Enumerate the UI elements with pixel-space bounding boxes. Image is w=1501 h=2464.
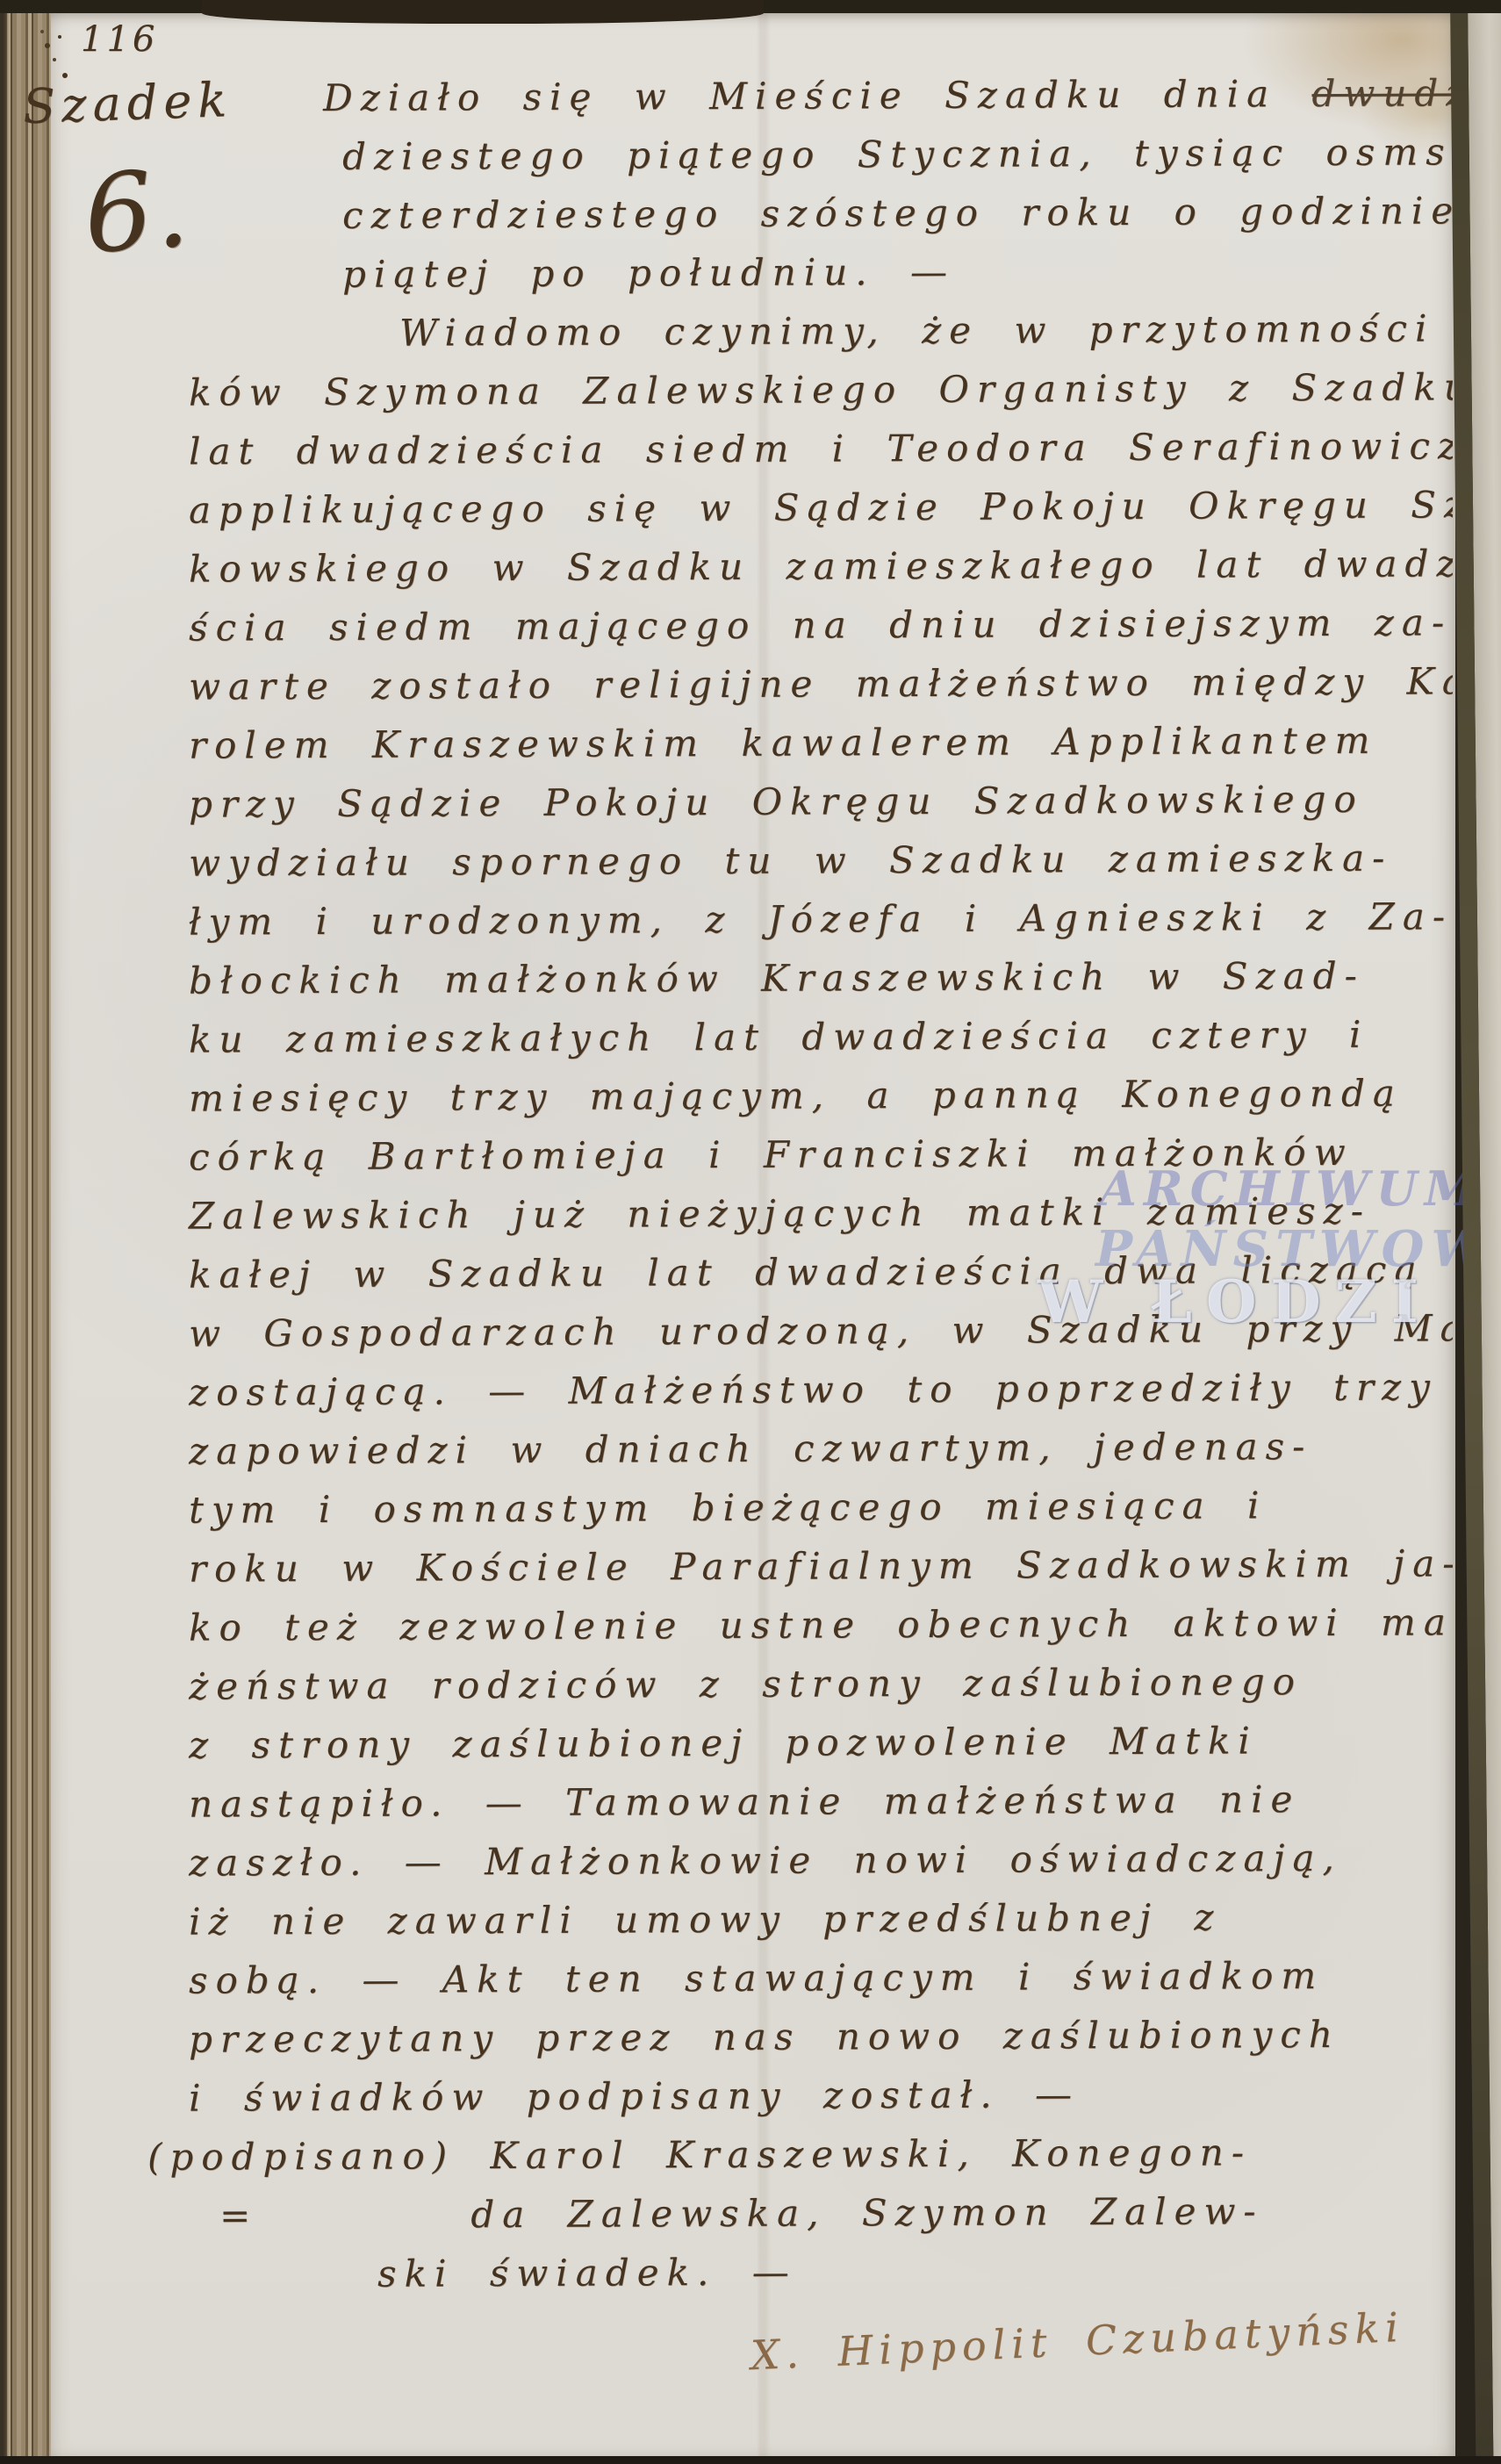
manuscript-line: roku w Kościele Parafialnym Szadkowskim … bbox=[0, 1534, 1453, 1598]
ink-specks bbox=[58, 35, 61, 39]
manuscript-line: przeczytany przez nas nowo zaślubionych bbox=[0, 2004, 1453, 2069]
page-number: 116 bbox=[81, 19, 158, 60]
manuscript-line: zaszło. — Małżonkowie nowi oświadczają, bbox=[0, 1828, 1453, 1893]
photo-bottom-edge bbox=[0, 2456, 1501, 2464]
manuscript-line: iż nie zawarli umowy przedślubnej z bbox=[0, 1886, 1453, 1951]
manuscript-line: Działo się w Mieście Szadku dnia dwudzie… bbox=[0, 67, 1453, 129]
manuscript-line: z strony zaślubionej pozwolenie Matki bbox=[0, 1710, 1453, 1775]
manuscript-line: zapowiedzi w dniach czwartym, jedenas- bbox=[0, 1416, 1453, 1481]
manuscript-scan: 116 Szadek 6. Działo się w Mieście Szadk… bbox=[0, 0, 1501, 2464]
manuscript-line: zostającą. — Małżeństwo to poprzedziły t… bbox=[0, 1357, 1453, 1422]
manuscript-line: rolem Kraszewskim kawalerem Applikantem bbox=[0, 710, 1453, 775]
photo-top-edge-blob bbox=[202, 0, 764, 24]
manuscript-line: lat dwadzieścia siedm i Teodora Serafino… bbox=[0, 416, 1453, 481]
manuscript-line: tym i osmnastym bieżącego miesiąca i bbox=[0, 1475, 1453, 1540]
manuscript-line: czterdziestego szóstego roku o godzinie bbox=[0, 181, 1453, 246]
manuscript-line: sobą. — Akt ten stawającym i świadkom bbox=[0, 1945, 1453, 2010]
manuscript-line: ku zamieszkałych lat dwadzieścia cztery … bbox=[0, 1004, 1453, 1069]
manuscript-line: piątej po południu. — bbox=[0, 240, 1453, 305]
manuscript-line: kowskiego w Szadku zamieszkałego lat dwa… bbox=[0, 534, 1453, 599]
manuscript-line: dziestego piątego Stycznia, tysiąc osmse… bbox=[0, 122, 1453, 187]
manuscript-line: ków Szymona Zalewskiego Organisty z Szad… bbox=[0, 357, 1453, 422]
manuscript-line: wydziału spornego tu w Szadku zamieszka- bbox=[0, 828, 1453, 893]
manuscript-line: (podpisano) Karol Kraszewski, Konegon- bbox=[0, 2122, 1453, 2187]
manuscript-line: ścia siedm mającego na dniu dzisiejszym … bbox=[0, 593, 1453, 657]
watermark-w-lodzi: W ŁODZI bbox=[1038, 1268, 1433, 1336]
manuscript-line: łym i urodzonym, z Józefa i Agnieszki z … bbox=[0, 887, 1453, 952]
manuscript-line: i świadków podpisany został. — bbox=[0, 2063, 1453, 2128]
manuscript-line: nastąpiło. — Tamowanie małżeństwa nie bbox=[0, 1769, 1453, 1834]
manuscript-line: ko też zezwolenie ustne obecnych aktowi … bbox=[0, 1592, 1453, 1657]
manuscript-line: = da Zalewska, Szymon Zalew- bbox=[0, 2180, 1453, 2245]
manuscript-line: przy Sądzie Pokoju Okręgu Szadkowskiego bbox=[0, 769, 1453, 834]
manuscript-line: applikującego się w Sądzie Pokoju Okręgu… bbox=[0, 475, 1453, 540]
manuscript-line: miesięcy trzy mającym, a panną Konegondą bbox=[0, 1063, 1453, 1128]
manuscript-line: warte zostało religijne małżeństwo międz… bbox=[0, 651, 1453, 716]
manuscript-line: ski świadek. — bbox=[0, 2239, 1453, 2304]
manuscript-line: Wiadomo czynimy, że w przytomności świad… bbox=[0, 298, 1453, 363]
watermark-archiwum: ARCHIWUM bbox=[1100, 1160, 1484, 1217]
manuscript-line: błockich małżonków Kraszewskich w Szad- bbox=[0, 945, 1453, 1010]
manuscript-line: żeństwa rodziców z strony zaślubionego bbox=[0, 1651, 1453, 1716]
